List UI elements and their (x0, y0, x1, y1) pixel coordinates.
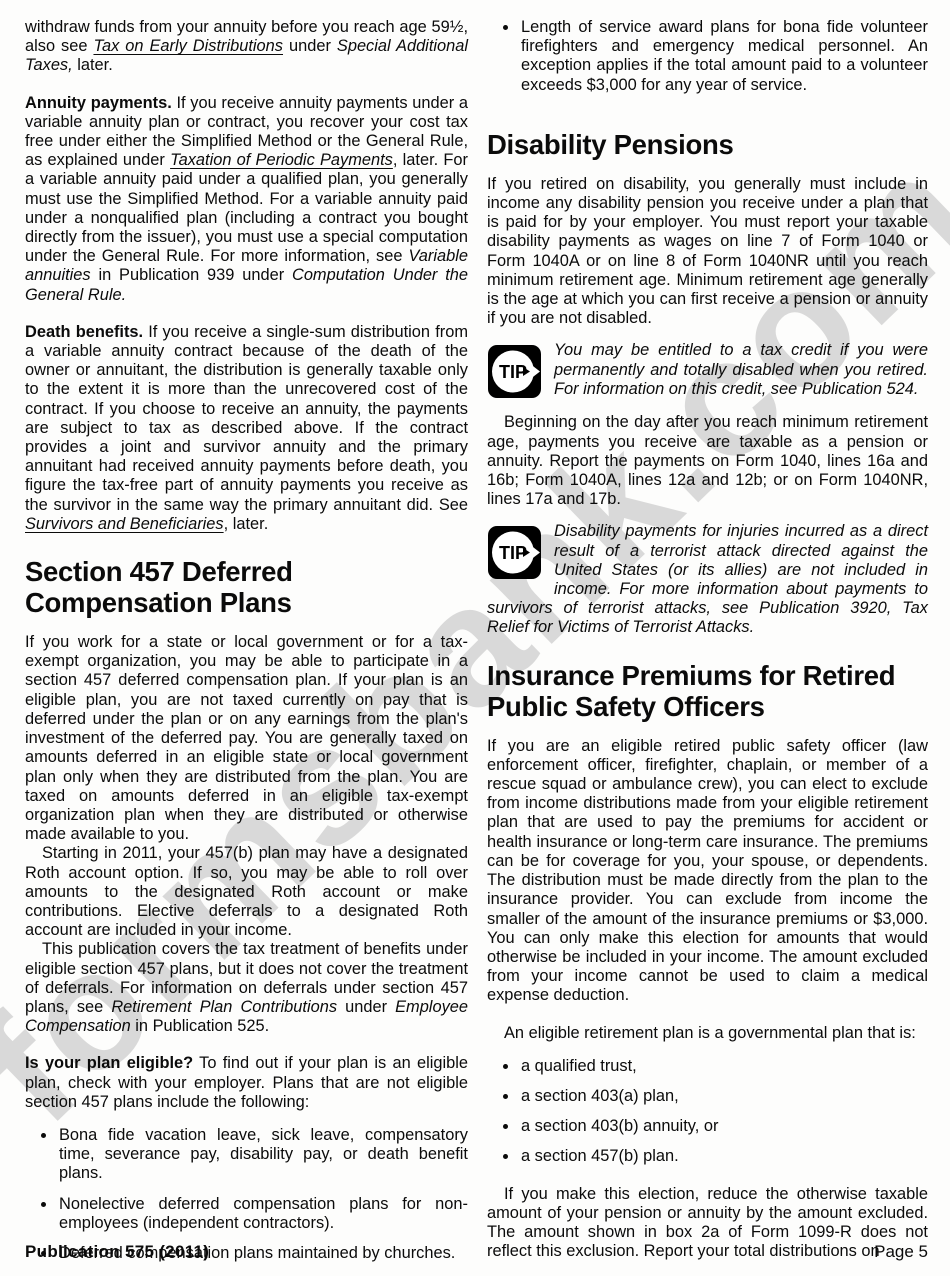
tip-box-1: TIP You may be entitled to a tax credit … (487, 341, 928, 401)
tip-text: Disability payments for injuries incurre… (487, 522, 928, 637)
tip-text: You may be entitled to a tax credit if y… (487, 341, 928, 399)
list-item: a section 403(a) plan, (519, 1087, 928, 1106)
para-insurance-1: If you are an eligible retired public sa… (487, 737, 928, 1006)
para-intro-continued: withdraw funds from your annuity before … (25, 18, 468, 76)
tip-icon: TIP (487, 525, 542, 580)
para-annuity-payments: Annuity payments. If you receive annuity… (25, 94, 468, 305)
tip-box-2: TIP Disability payments for injuries inc… (487, 522, 928, 637)
footer-publication: Publication 575 (2011) (25, 1242, 209, 1262)
para-section457-1: If you work for a state or local governm… (25, 633, 468, 844)
footer-page-number: Page 5 (874, 1242, 928, 1262)
list-item: Nonelective deferred compensation plans … (57, 1195, 468, 1233)
list-item: Length of service award plans for bona f… (519, 18, 928, 95)
document-page: formsbank.com withdraw funds from your a… (0, 0, 950, 1276)
list-item: Bona fide vacation leave, sick leave, co… (57, 1126, 468, 1184)
list-item: a qualified trust, (519, 1057, 928, 1076)
para-is-your-plan-eligible: Is your plan eligible? To find out if yo… (25, 1054, 468, 1112)
heading-section-457: Section 457 Deferred Compensation Plans (25, 556, 468, 618)
list-item: a section 457(b) plan. (519, 1147, 928, 1166)
eligible-plan-list: a qualified trust, a section 403(a) plan… (487, 1057, 928, 1167)
page-footer: Publication 575 (2011) Page 5 (25, 1242, 928, 1262)
length-of-service-list: Length of service award plans for bona f… (487, 18, 928, 95)
svg-text:TIP: TIP (499, 543, 527, 563)
para-section457-2: Starting in 2011, your 457(b) plan may h… (25, 844, 468, 940)
para-insurance-2: An eligible retirement plan is a governm… (487, 1024, 928, 1043)
para-death-benefits: Death benefits. If you receive a single-… (25, 323, 468, 534)
tip-icon: TIP (487, 344, 542, 399)
para-disability-1: If you retired on disability, you genera… (487, 175, 928, 329)
para-section457-3: This publication covers the tax treatmen… (25, 940, 468, 1036)
list-item: a section 403(b) annuity, or (519, 1117, 928, 1136)
right-column: Length of service award plans for bona f… (487, 14, 928, 1261)
heading-disability-pensions: Disability Pensions (487, 129, 928, 160)
left-column: withdraw funds from your annuity before … (25, 18, 468, 1263)
para-disability-2: Beginning on the day after you reach min… (487, 413, 928, 509)
heading-insurance-premiums: Insurance Premiums for Retired Public Sa… (487, 660, 928, 722)
svg-text:TIP: TIP (499, 362, 527, 382)
